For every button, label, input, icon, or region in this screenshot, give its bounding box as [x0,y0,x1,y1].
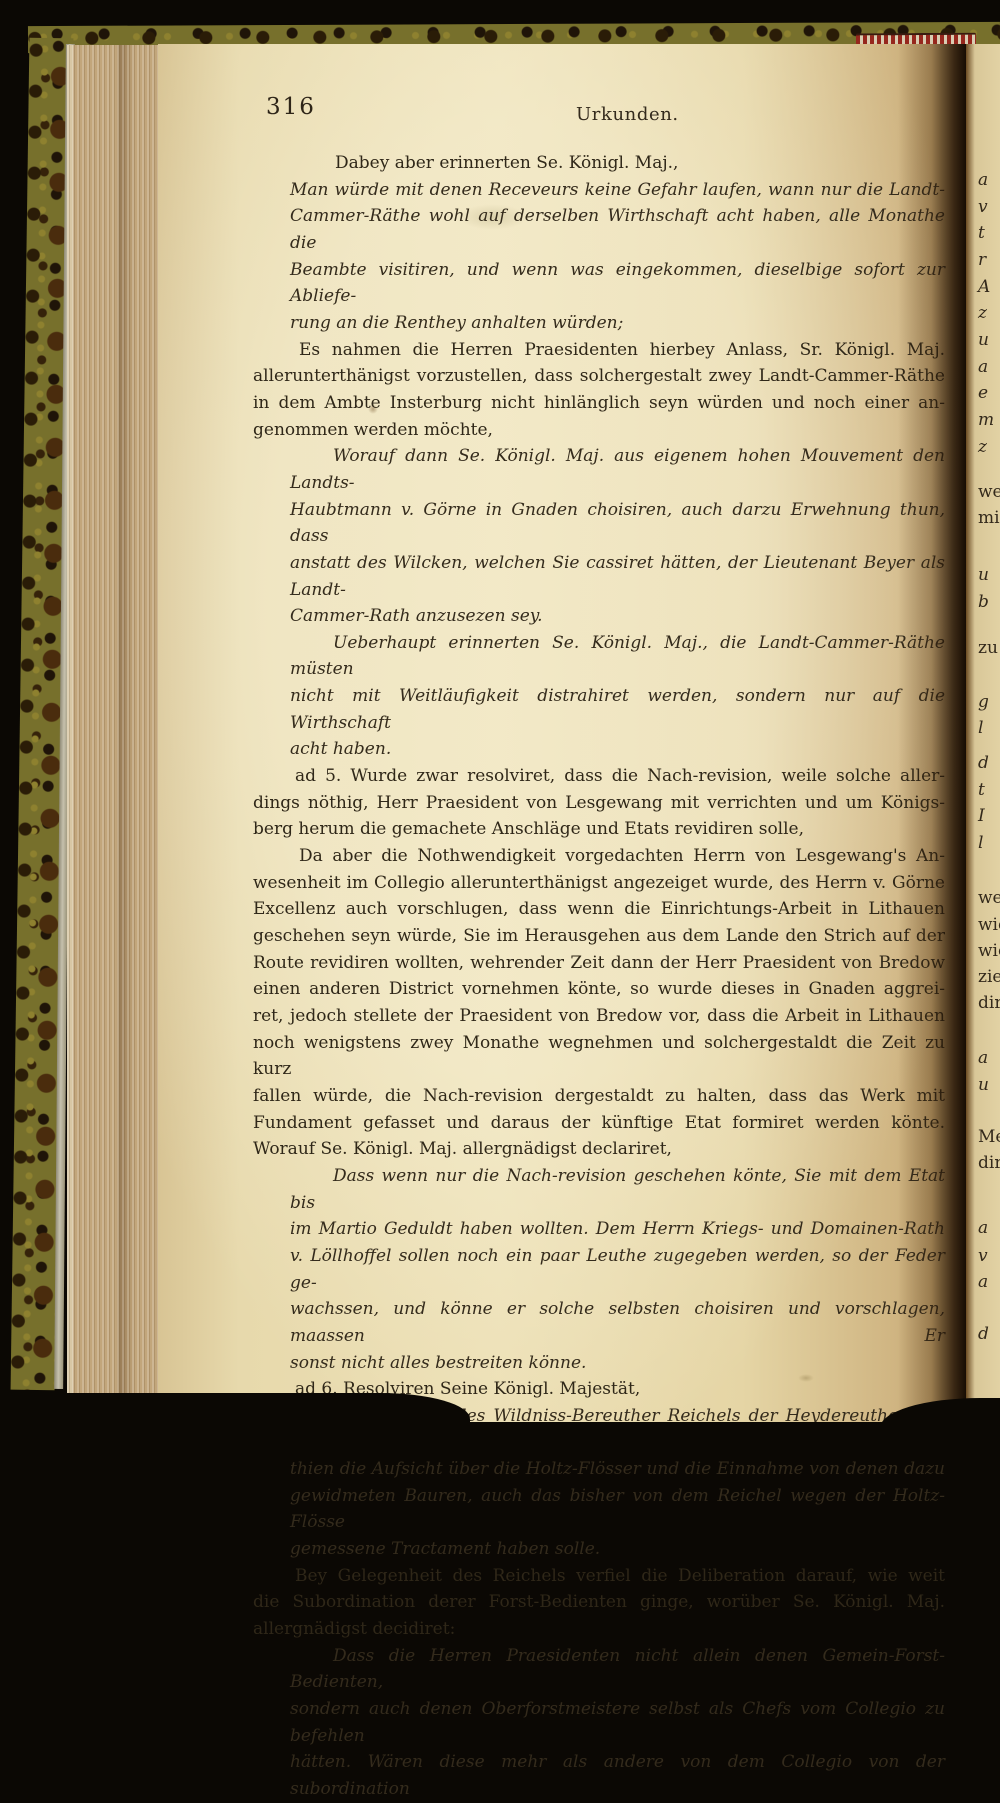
facing-page-text-fragment: missi [978,508,1000,528]
facing-page-text-fragment: dirte [978,1153,1000,1173]
paragraph-roman: Dabey aber erinnerten Se. Königl. Maj., [253,150,945,177]
text-line: anstatt des Wilcken, welchen Sie cassire… [290,550,945,603]
text-line: Cammer-Rath anzusezen sey. [290,603,945,630]
text-line: Worauf dann Se. Königl. Maj. aus eigenem… [290,443,945,496]
facing-page-text-fragment: Menn [978,1127,1000,1147]
text-line: Es nahmen die Herren Praesidenten hierbe… [253,337,945,364]
facing-page-text-fragment: wie [978,941,1000,961]
facing-page-text-fragment: r [978,250,986,270]
text-line: v. Löllhoffel sollen noch ein paar Leuth… [290,1243,945,1296]
page-number: 316 [266,94,316,120]
text-line: berg herum die gemachete Anschläge und E… [253,816,945,843]
facing-page-text-fragment: wie c [978,915,1000,935]
paragraph-roman: Es nahmen die Herren Praesidenten hierbe… [253,337,945,444]
bottom-shadow [0,1422,1000,1453]
facing-page-text-fragment: A [978,277,990,297]
text-line: Man würde mit denen Receveurs keine Gefa… [290,177,945,204]
facing-page-text-fragment: a [978,170,988,190]
facing-page-text-fragment: v [978,197,988,217]
text-line: acht haben. [290,736,945,763]
facing-page-text-fragment: z [978,303,987,323]
facing-page-text-fragment: werd [978,888,1000,908]
text-line: ret, jedoch stellete der Praesident von … [253,1003,945,1030]
text-line: Haubtmann v. Görne in Gnaden choisiren, … [290,497,945,550]
text-block: Dabey aber erinnerten Se. Königl. Maj.,M… [253,150,945,1453]
text-line: Fundament gefasset und daraus der künfti… [253,1110,945,1137]
facing-page-text-fragment: d [978,753,989,773]
text-line: wachssen, und könne er solche selbsten c… [290,1296,945,1349]
text-line: Worauf Se. Königl. Maj. allergnädigst de… [253,1136,945,1163]
facing-page-text-fragment: dirte [978,993,1000,1013]
text-line: genommen werden möchte, [253,417,945,444]
facing-page-text-fragment: g [978,692,989,712]
facing-page-text-fragment: t [978,223,985,243]
text-line: geschehen seyn würde, Sie im Herausgehen… [253,923,945,950]
text-line: sonst nicht alles bestreiten könne. [290,1350,945,1377]
facing-page-text-fragment: v [978,1246,988,1266]
facing-page-text-fragment: u [978,330,989,350]
text-line: rung an die Renthey anhalten würden; [290,310,945,337]
facing-page-text-fragment: l [978,833,983,853]
text-line: Ueberhaupt erinnerten Se. Königl. Maj., … [290,630,945,683]
facing-page-text-fragment: d [978,1324,989,1344]
text-line: noch wenigstens zwey Monathe wegnehmen u… [253,1030,945,1083]
facing-page-text-fragment: e [978,383,988,403]
facing-page-text-fragment: zu n [978,638,1000,658]
facing-page-text-fragment: z [978,437,987,457]
text-line: einen anderen District vornehmen könte, … [253,976,945,1003]
text-line: dings nöthig, Herr Praesident von Lesgew… [253,790,945,817]
text-line: Route revidiren wollten, wehrender Zeit … [253,950,945,977]
paragraph-roman: Da aber die Nothwendigkeit vorgedachten … [253,843,945,1163]
paragraph-italic: Man würde mit denen Receveurs keine Gefa… [290,177,945,337]
scanned-book-photo: 316 Urkunden. Dabey aber erinnerten Se. … [0,0,1000,1453]
text-line: fallen würde, die Nach-revision dergesta… [253,1083,945,1110]
text-line: im Martio Geduldt haben wollten. Dem Her… [290,1216,945,1243]
facing-page-text-fragment: a [978,357,988,377]
gutter-shadow [898,44,972,1424]
text-line: ad 5. Wurde zwar resolviret, dass die Na… [253,763,945,790]
facing-page-text-fragment: u [978,1075,989,1095]
facing-page-text-fragment: l [978,718,983,738]
text-line: Excellenz auch vorschlugen, dass wenn di… [253,896,945,923]
facing-page-text-fragment: b [978,592,989,612]
text-line: Beambte visitiren, und wenn was eingekom… [290,257,945,310]
facing-page-text-fragment: a [978,1218,988,1238]
text-line: in dem Ambte Insterburg nicht hinlänglic… [253,390,945,417]
facing-page-text-fragment: t [978,780,985,800]
text-line: Da aber die Nothwendigkeit vorgedachten … [253,843,945,870]
facing-page-text-fragment: a [978,1048,988,1068]
facing-page-text-fragment: ziehe [978,967,1000,987]
text-line: nicht mit Weitläufigkeit distrahiret wer… [290,683,945,736]
running-header: Urkunden. [576,104,679,125]
facing-page-text-fragment: m [978,410,994,430]
facing-page-text-fragment: I [978,806,985,826]
facing-page-text-fragment: wege [978,482,1000,502]
paragraph-italic: Dass wenn nur die Nach-revision geschehe… [290,1163,945,1376]
text-line: Dabey aber erinnerten Se. Königl. Maj., [253,150,945,177]
text-line: allerunterthänigst vorzustellen, dass so… [253,363,945,390]
facing-page-text-fragment: u [978,565,989,585]
paragraph-roman: ad 5. Wurde zwar resolviret, dass die Na… [253,763,945,843]
paragraph-italic: Ueberhaupt erinnerten Se. Königl. Maj., … [290,630,945,763]
text-line: wesenheit im Collegio allerunterthänigst… [253,870,945,897]
facing-page-text-fragment: a [978,1272,988,1292]
text-line: Dass wenn nur die Nach-revision geschehe… [290,1163,945,1216]
text-line: Cammer-Räthe wohl auf derselben Wirthsch… [290,203,945,256]
facing-page-sliver: avtrAzuaemzwegemissiubzu ngldtIlwerdwie … [966,44,1000,1424]
page-stack-fore-edge [67,45,162,1407]
paragraph-italic: Worauf dann Se. Königl. Maj. aus eigenem… [290,443,945,630]
